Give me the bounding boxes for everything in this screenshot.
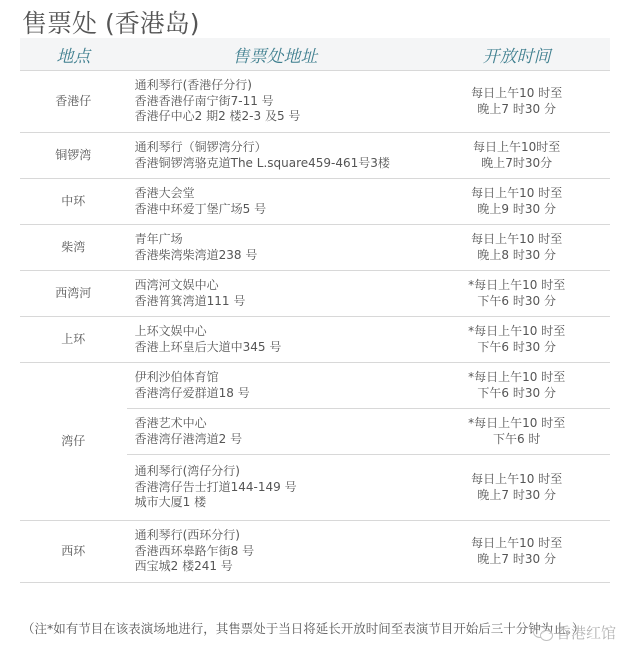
address-line: 香港筲箕湾道111 号 <box>135 294 424 310</box>
hours-cell: 每日上午10 时至晚上8 时30 分 <box>423 225 610 271</box>
hours-line: *每日上午10 时至 <box>423 324 610 340</box>
header-location: 地点 <box>20 38 127 71</box>
address-line: 伊利沙伯体育馆 <box>135 370 424 386</box>
hours-line: 晚上7 时30 分 <box>423 102 610 118</box>
table-row: 西湾河西湾河文娱中心香港筲箕湾道111 号*每日上午10 时至下午6 时30 分 <box>20 271 610 317</box>
location-cell: 西环 <box>20 521 127 583</box>
address-cell: 通利琴行(西环分行)香港西环皋路乍街8 号西宝城2 楼241 号 <box>127 521 424 583</box>
location-cell: 铜锣湾 <box>20 133 127 179</box>
address-line: 香港香港仔南宁街7-11 号 <box>135 94 424 110</box>
hours-line: 晚上9 时30 分 <box>423 202 610 218</box>
header-address: 售票处地址 <box>127 38 424 71</box>
hours-line: 每日上午10 时至 <box>423 86 610 102</box>
table-body: 香港仔通利琴行(香港仔分行)香港香港仔南宁街7-11 号香港仔中心2 期2 楼2… <box>20 71 610 583</box>
address-line: 西宝城2 楼241 号 <box>135 559 424 575</box>
hours-line: *每日上午10 时至 <box>423 370 610 386</box>
address-cell: 香港艺术中心香港湾仔港湾道2 号 <box>127 409 424 455</box>
address-line: 上环文娱中心 <box>135 324 424 340</box>
address-cell: 上环文娱中心香港上环皇后大道中345 号 <box>127 317 424 363</box>
hours-line: 下午6 时30 分 <box>423 294 610 310</box>
address-line: 香港湾仔告士打道144-149 号 <box>135 480 424 496</box>
table-row: 铜锣湾通利琴行（铜锣湾分行）香港铜锣湾骆克道The L.square459-46… <box>20 133 610 179</box>
page-title: 售票处 (香港岛) <box>22 4 199 40</box>
header-hours: 开放时间 <box>423 38 610 71</box>
table-header-row: 地点 售票处地址 开放时间 <box>20 38 610 71</box>
hours-cell: *每日上午10 时至下午6 时 <box>423 409 610 455</box>
address-cell: 青年广场香港柴湾柴湾道238 号 <box>127 225 424 271</box>
location-cell: 中环 <box>20 179 127 225</box>
address-line: 城市大厦1 楼 <box>135 495 424 511</box>
location-cell: 柴湾 <box>20 225 127 271</box>
hours-line: *每日上午10 时至 <box>423 278 610 294</box>
hours-line: 下午6 时30 分 <box>423 340 610 356</box>
hours-line: 下午6 时 <box>423 432 610 448</box>
address-cell: 通利琴行(香港仔分行)香港香港仔南宁街7-11 号香港仔中心2 期2 楼2-3 … <box>127 71 424 133</box>
hours-cell: *每日上午10 时至下午6 时30 分 <box>423 271 610 317</box>
address-cell: 伊利沙伯体育馆香港湾仔爱群道18 号 <box>127 363 424 409</box>
table-row: 湾仔伊利沙伯体育馆香港湾仔爱群道18 号*每日上午10 时至下午6 时30 分 <box>20 363 610 409</box>
address-line: 香港上环皇后大道中345 号 <box>135 340 424 356</box>
address-line: 通利琴行(湾仔分行) <box>135 464 424 480</box>
hours-line: 晚上7 时30 分 <box>423 552 610 568</box>
address-line: 香港柴湾柴湾道238 号 <box>135 248 424 264</box>
address-line: 香港仔中心2 期2 楼2-3 及5 号 <box>135 109 424 125</box>
hours-cell: 每日上午10 时至晚上9 时30 分 <box>423 179 610 225</box>
hours-line: 每日上午10 时至 <box>423 536 610 552</box>
address-line: 香港艺术中心 <box>135 416 424 432</box>
address-line: 通利琴行(西环分行) <box>135 528 424 544</box>
hours-line: 每日上午10 时至 <box>423 232 610 248</box>
wechat-icon <box>533 626 553 640</box>
location-cell: 上环 <box>20 317 127 363</box>
location-cell: 香港仔 <box>20 71 127 133</box>
address-line: 香港大会堂 <box>135 186 424 202</box>
hours-line: 晚上8 时30 分 <box>423 248 610 264</box>
address-cell: 通利琴行（铜锣湾分行）香港铜锣湾骆克道The L.square459-461号3… <box>127 133 424 179</box>
address-cell: 香港大会堂香港中环爱丁堡广场5 号 <box>127 179 424 225</box>
hours-cell: 每日上午10 时至晚上7 时30 分 <box>423 455 610 521</box>
address-line: 西湾河文娱中心 <box>135 278 424 294</box>
hours-line: 晚上7时30分 <box>423 156 610 172</box>
table-row: 柴湾青年广场香港柴湾柴湾道238 号每日上午10 时至晚上8 时30 分 <box>20 225 610 271</box>
hours-line: 每日上午10时至 <box>423 140 610 156</box>
hours-cell: 每日上午10时至晚上7时30分 <box>423 133 610 179</box>
address-line: 香港中环爱丁堡广场5 号 <box>135 202 424 218</box>
hours-cell: 每日上午10 时至晚上7 时30 分 <box>423 71 610 133</box>
address-line: 香港西环皋路乍街8 号 <box>135 544 424 560</box>
hours-line: 晚上7 时30 分 <box>423 488 610 504</box>
hours-line: 每日上午10 时至 <box>423 472 610 488</box>
hours-line: *每日上午10 时至 <box>423 416 610 432</box>
table-row: 中环香港大会堂香港中环爱丁堡广场5 号每日上午10 时至晚上9 时30 分 <box>20 179 610 225</box>
address-line: 青年广场 <box>135 232 424 248</box>
address-line: 香港铜锣湾骆克道The L.square459-461号3楼 <box>135 156 424 172</box>
address-line: 香港湾仔爱群道18 号 <box>135 386 424 402</box>
address-line: 通利琴行（铜锣湾分行） <box>135 140 424 156</box>
location-cell: 湾仔 <box>20 363 127 521</box>
hours-cell: *每日上午10 时至下午6 时30 分 <box>423 317 610 363</box>
ticket-outlets-table: 地点 售票处地址 开放时间 香港仔通利琴行(香港仔分行)香港香港仔南宁街7-11… <box>20 38 610 583</box>
address-cell: 通利琴行(湾仔分行)香港湾仔告士打道144-149 号城市大厦1 楼 <box>127 455 424 521</box>
table-row: 上环上环文娱中心香港上环皇后大道中345 号*每日上午10 时至下午6 时30 … <box>20 317 610 363</box>
address-cell: 西湾河文娱中心香港筲箕湾道111 号 <box>127 271 424 317</box>
hours-cell: 每日上午10 时至晚上7 时30 分 <box>423 521 610 583</box>
hours-line: 下午6 时30 分 <box>423 386 610 402</box>
address-line: 香港湾仔港湾道2 号 <box>135 432 424 448</box>
table-row: 西环通利琴行(西环分行)香港西环皋路乍街8 号西宝城2 楼241 号每日上午10… <box>20 521 610 583</box>
hours-cell: *每日上午10 时至下午6 时30 分 <box>423 363 610 409</box>
location-cell: 西湾河 <box>20 271 127 317</box>
address-line: 通利琴行(香港仔分行) <box>135 78 424 94</box>
watermark-text: 香港红馆 <box>556 622 616 643</box>
watermark: 香港红馆 <box>533 622 616 643</box>
hours-line: 每日上午10 时至 <box>423 186 610 202</box>
table-row: 香港仔通利琴行(香港仔分行)香港香港仔南宁街7-11 号香港仔中心2 期2 楼2… <box>20 71 610 133</box>
footnote: （注*如有节目在该表演场地进行，其售票处于当日将延长开放时间至表演节目开始后三十… <box>22 621 622 637</box>
